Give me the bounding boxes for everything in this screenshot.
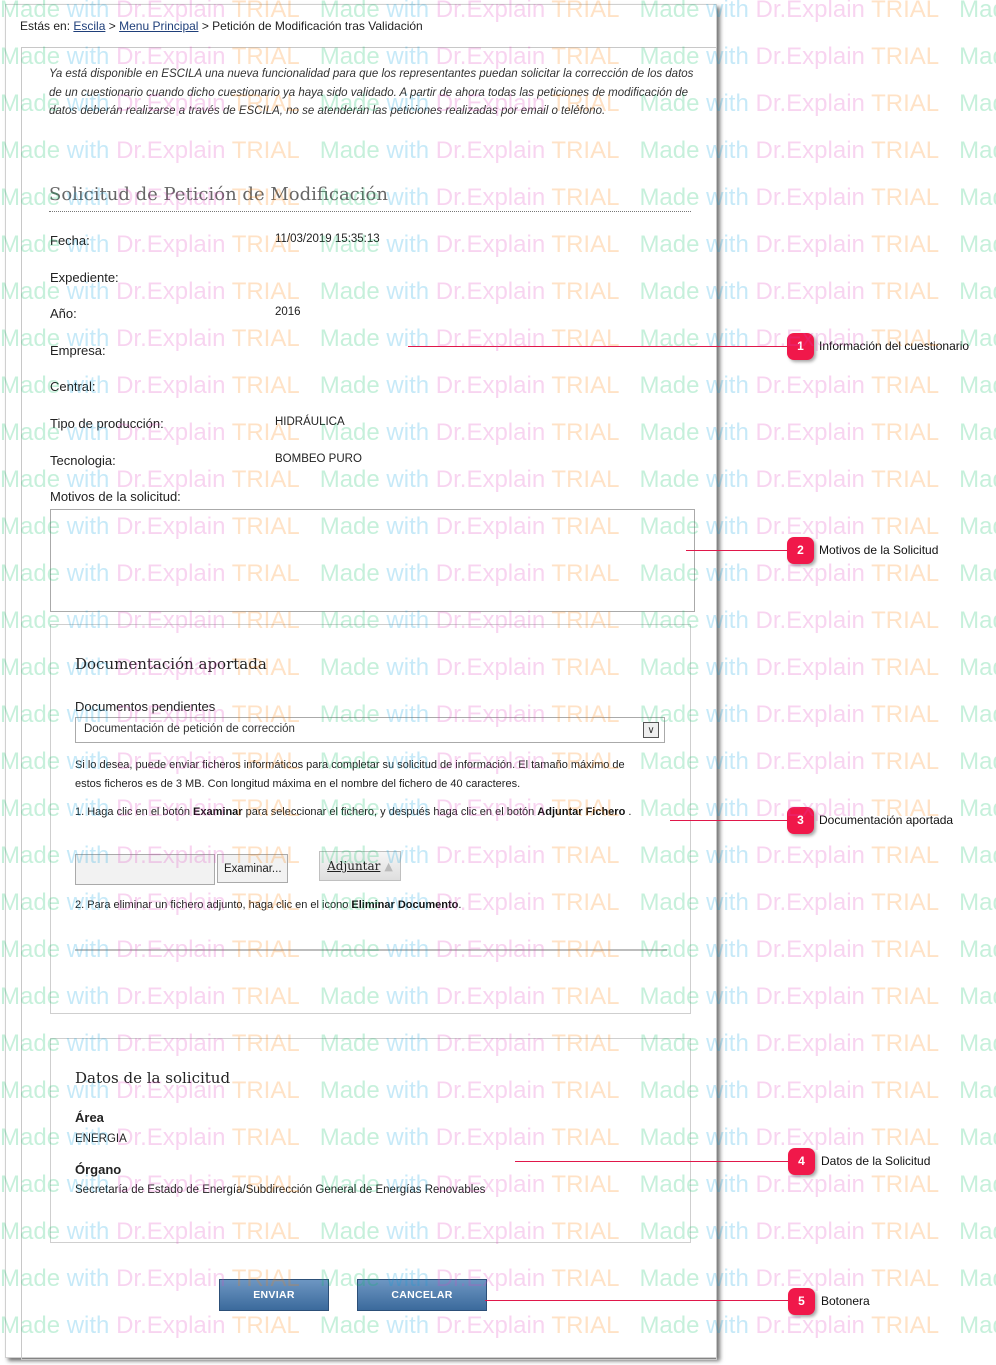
intro-notice: Ya está disponible en ESCILA una nueva f… [49,65,699,121]
callout-badge-3: 3 [787,807,814,834]
field-label-ano: Año: [50,306,77,321]
file-path-input[interactable] [75,854,215,885]
field-value-tipo-produccion: HIDRÁULICA [275,416,345,428]
breadcrumb-separator: > [202,19,209,33]
chevron-down-icon[interactable]: ∨ [643,722,659,738]
cancel-button[interactable]: CANCELAR [357,1279,487,1311]
callout-text-4: Datos de la Solicitud [821,1154,930,1168]
breadcrumb-link-menu-principal[interactable]: Menu Principal [119,19,198,33]
attach-button-label: Adjuntar [327,859,380,873]
motivos-label: Motivos de la solicitud: [50,489,181,504]
callout-text-1: Información del cuestionario [819,339,969,353]
callout-text-5: Botonera [821,1294,870,1308]
pending-documents-select[interactable]: Documentación de petición de corrección … [75,717,665,743]
callout-line-4 [515,1161,788,1162]
motivos-textarea[interactable] [50,509,695,612]
callout-line-5 [485,1300,788,1301]
documentacion-panel: Documentación aportada Documentos pendie… [50,624,691,1014]
callout-text-3: Documentación aportada [819,813,953,827]
area-label: Área [75,1110,104,1125]
upload-arrow-icon: ▲ [384,860,392,873]
field-label-tecnologia: Tecnologia: [50,453,116,468]
field-value-ano: 2016 [275,306,301,318]
page-frame: Estás en: Escila > Menu Principal > Peti… [5,4,717,1358]
datos-solicitud-panel: Datos de la solicitud Área ENERGIA Órgan… [50,1038,691,1243]
callout-line-1 [408,346,788,347]
field-label-empresa: Empresa: [50,343,106,358]
field-value-tecnologia: BOMBEO PURO [275,453,362,465]
organo-value: Secretaría de Estado de Energía/Subdirec… [75,1184,485,1196]
callout-text-2: Motivos de la Solicitud [819,543,938,557]
breadcrumb-link-escila[interactable]: Escila [73,19,105,33]
breadcrumb-separator: > [109,19,116,33]
send-button[interactable]: ENVIAR [219,1279,329,1311]
form-title: Solicitud de Petición de Modificación [49,184,691,212]
breadcrumb-prefix: Estás en: [20,19,70,33]
attachments-divider [75,949,667,951]
browse-button[interactable]: Examinar... [217,854,288,883]
area-value: ENERGIA [75,1133,127,1145]
callout-badge-2: 2 [787,537,814,564]
attach-button[interactable]: Adjuntar ▲ [319,851,401,881]
callout-badge-4: 4 [788,1148,815,1175]
field-label-central: Central: [50,379,96,394]
callout-badge-5: 5 [788,1288,815,1315]
callout-line-3 [670,820,788,821]
callout-badge-1: 1 [787,333,814,360]
step1-instructions: 1. Haga clic en el botón Examinar para s… [75,803,650,822]
documentacion-title: Documentación aportada [75,655,267,673]
callout-line-2 [686,550,788,551]
breadcrumb-current: Petición de Modificación tras Validación [212,19,423,33]
step2-instructions: 2. Para eliminar un fichero adjunto, hag… [75,896,650,915]
field-label-fecha: Fecha: [50,233,90,248]
datos-solicitud-title: Datos de la solicitud [75,1069,230,1087]
organo-label: Órgano [75,1162,121,1177]
breadcrumb: Estás en: Escila > Menu Principal > Peti… [20,19,423,33]
content-container: Ya está disponible en ESCILA una nueva f… [21,47,717,1360]
field-label-tipo-produccion: Tipo de producción: [50,416,164,431]
selected-document: Documentación de petición de corrección [84,723,295,735]
field-value-fecha: 11/03/2019 15:35:13 [275,233,380,245]
field-label-expediente: Expediente: [50,270,119,285]
upload-info-text: Si lo desea, puede enviar ficheros infor… [75,756,650,794]
pending-documents-label: Documentos pendientes [75,699,215,714]
